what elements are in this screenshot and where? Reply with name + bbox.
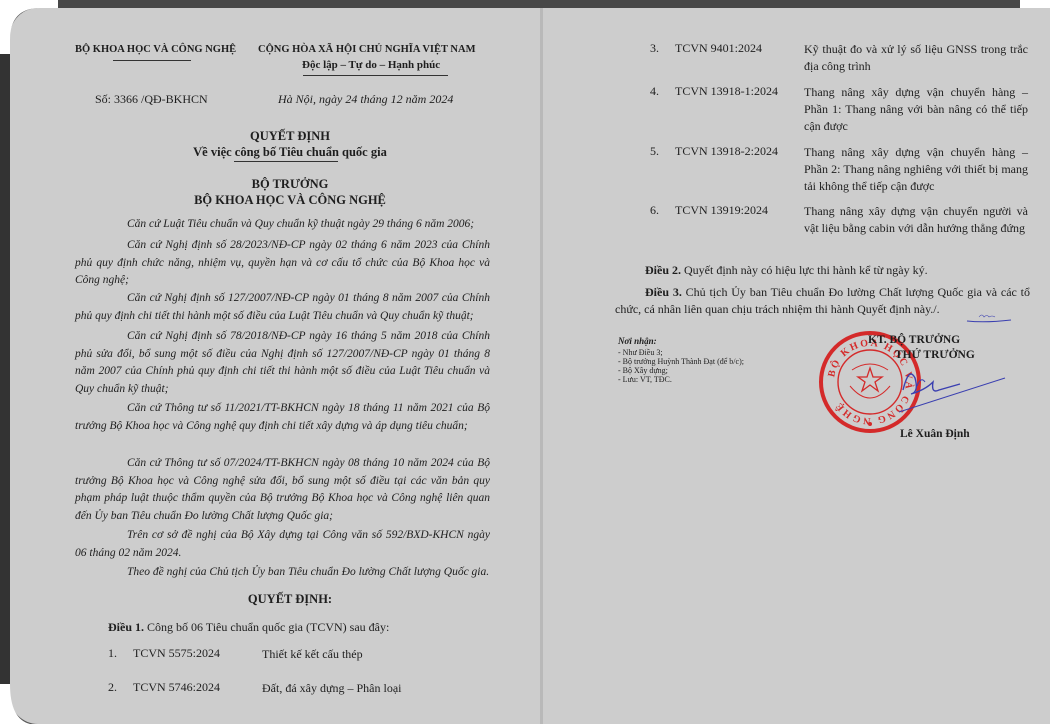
top-bar — [0, 0, 1050, 8]
signer-name: Lê Xuân Định — [900, 428, 970, 440]
standard-title: Thiết kế kết cấu thép — [262, 646, 502, 663]
signer-on-behalf: KT. BỘ TRƯỞNG — [868, 334, 960, 346]
standard-code: TCVN 5746:2024 — [133, 680, 220, 695]
article-2-label: Điều 2. — [645, 263, 681, 277]
article-2: Điều 2. Quyết định này có hiệu lực thi h… — [645, 263, 928, 278]
agency-underline — [113, 60, 191, 61]
preamble-item: Căn cứ Thông tư số 07/2024/TT-BKHCN ngày… — [75, 455, 490, 525]
preamble-item: Căn cứ Nghị định số 28/2023/NĐ-CP ngày 0… — [75, 237, 490, 290]
preamble-item: Theo đề nghị của Chủ tịch Ủy ban Tiêu ch… — [75, 564, 490, 582]
recipient-item: - Bộ Xây dựng; — [618, 366, 668, 375]
standard-number: 3. — [650, 41, 659, 56]
decides-heading: QUYẾT ĐỊNH: — [60, 592, 520, 607]
article-1: Điều 1. Công bố 06 Tiêu chuẩn quốc gia (… — [108, 620, 389, 635]
article-3-label: Điều 3. — [645, 285, 682, 299]
standard-number: 5. — [650, 144, 659, 159]
page-divider — [540, 8, 543, 724]
standard-title: Thang nâng xây dựng vận chuyển người và … — [804, 203, 1028, 237]
standard-number: 6. — [650, 203, 659, 218]
recipient-item: - Bộ trưởng Huỳnh Thành Đạt (để b/c); — [618, 357, 744, 366]
preamble-item: Căn cứ Nghị định số 127/2007/NĐ-CP ngày … — [75, 290, 490, 325]
standard-code: TCVN 9401:2024 — [675, 41, 762, 56]
authority-title: BỘ TRƯỞNG — [60, 177, 520, 192]
preamble-item: Trên cơ sở đề nghị của Bộ Xây dựng tại C… — [75, 527, 490, 562]
document-subject: Về việc công bố Tiêu chuẩn quốc gia — [60, 145, 520, 160]
preamble-item: Căn cứ Luật Tiêu chuẩn và Quy chuẩn kỹ t… — [75, 216, 490, 234]
recipient-item: - Lưu: VT, TĐC. — [618, 375, 672, 384]
place-date: Hà Nội, ngày 24 tháng 12 năm 2024 — [278, 92, 453, 107]
standard-title: Thang nâng xây dựng vận chuyển hàng – Ph… — [804, 84, 1028, 135]
preamble-item: Căn cứ Nghị định số 78/2018/NĐ-CP ngày 1… — [75, 328, 490, 398]
document-type: QUYẾT ĐỊNH — [60, 129, 520, 144]
standard-title: Đất, đá xây dựng – Phân loại — [262, 680, 502, 697]
nation-name: CỘNG HÒA XÃ HỘI CHỦ NGHĨA VIỆT NAM — [258, 44, 476, 55]
standard-title: Thang nâng xây dựng vận chuyển hàng – Ph… — [804, 144, 1028, 195]
top-bar-highlight — [1020, 0, 1050, 8]
standard-code: TCVN 13918-2:2024 — [675, 144, 778, 159]
document-number: Số: 3366 /QĐ-BKHCN — [95, 92, 208, 107]
recipients-label: Nơi nhận: — [618, 337, 657, 346]
national-motto: Độc lập – Tự do – Hạnh phúc — [302, 59, 440, 71]
agency-name: BỘ KHOA HỌC VÀ CÔNG NGHỆ — [75, 44, 236, 55]
signature-icon — [895, 360, 1015, 420]
authority-agency: BỘ KHOA HỌC VÀ CÔNG NGHỆ — [60, 193, 520, 208]
standard-code: TCVN 5575:2024 — [133, 646, 220, 661]
standard-number: 4. — [650, 84, 659, 99]
standard-number: 2. — [108, 680, 117, 695]
subject-underline — [234, 161, 338, 162]
photo-edge — [0, 0, 10, 724]
standard-code: TCVN 13919:2024 — [675, 203, 768, 218]
article-1-label: Điều 1. — [108, 620, 144, 634]
article-1-text: Công bố 06 Tiêu chuẩn quốc gia (TCVN) sa… — [144, 620, 389, 634]
standard-number: 1. — [108, 646, 117, 661]
standard-title: Kỹ thuật đo và xử lý số liệu GNSS trong … — [804, 41, 1028, 75]
initial-mark — [965, 310, 1015, 324]
preamble-item: Căn cứ Thông tư số 11/2021/TT-BKHCN ngày… — [75, 400, 490, 435]
motto-underline — [303, 75, 448, 76]
standard-code: TCVN 13918-1:2024 — [675, 84, 778, 99]
article-2-text: Quyết định này có hiệu lực thi hành kể t… — [681, 263, 928, 277]
recipient-item: - Như Điều 3; — [618, 348, 663, 357]
